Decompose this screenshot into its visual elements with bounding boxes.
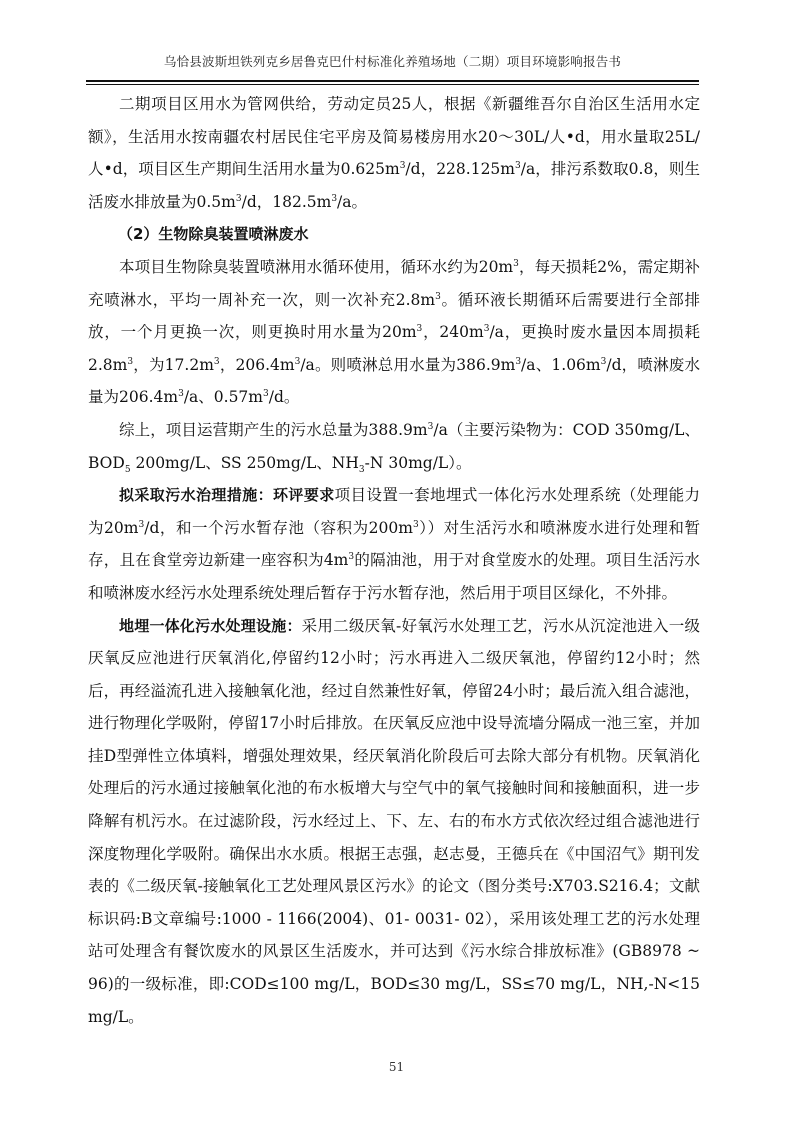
bold-lead-buried-facility: 地埋一体化污水处理设施： <box>119 617 302 635</box>
paragraph-treatment-measures: 拟采取污水治理措施：环评要求项目设置一套地埋式一体化污水处理系统（处理能力为20… <box>88 479 700 609</box>
paragraph-spray-water: 本项目生物除臭装置喷淋用水循环使用，循环水约为20m3，每天损耗2%，需定期补充… <box>88 251 700 414</box>
paragraph-total-wastewater: 综上，项目运营期产生的污水总量为388.9m3/a（主要污染物为：COD 350… <box>88 414 700 479</box>
paragraph-domestic-water: 二期项目区用水为管网供给，劳动定员25人，根据《新疆维吾尔自治区生活用水定额》，… <box>88 88 700 218</box>
running-header: 乌恰县波斯坦铁列克乡居鲁克巴什村标准化养殖场地（二期）项目环境影响报告书 <box>86 52 699 70</box>
paragraph-buried-treatment-facility: 地埋一体化污水处理设施：采用二级厌氧-好氧污水处理工艺，污水从沉淀池进入一级厌氧… <box>88 610 700 1034</box>
header-rule-thin <box>86 84 699 85</box>
header-rule-thick <box>86 80 699 82</box>
document-body: 二期项目区用水为管网供给，劳动定员25人，根据《新疆维吾尔自治区生活用水定额》，… <box>88 88 700 1033</box>
page-number: 51 <box>0 1060 793 1074</box>
section-heading-spray-wastewater: （2）生物除臭装置喷淋废水 <box>88 218 700 251</box>
document-page: 乌恰县波斯坦铁列克乡居鲁克巴什村标准化养殖场地（二期）项目环境影响报告书 二期项… <box>0 0 793 1122</box>
bold-lead-treatment-measures: 拟采取污水治理措施：环评要求 <box>119 486 335 504</box>
